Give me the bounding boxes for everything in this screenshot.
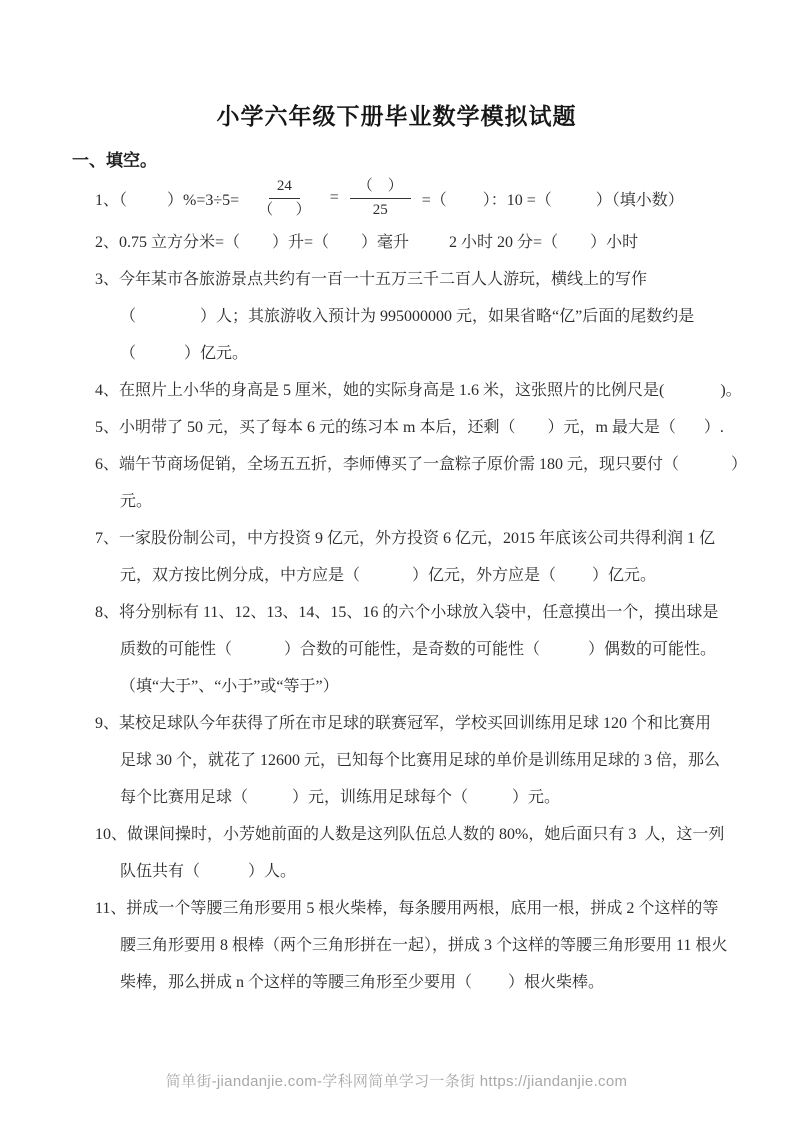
- question-6-line-1: 6、端午节商场促销，全场五五折，李师傅买了一盒粽子原价需 180 元，现只要付（…: [95, 446, 745, 483]
- question-3-line-2: （ ）人；其旅游收入预计为 995000000 元，如果省略“亿”后面的尾数约是: [95, 298, 745, 335]
- question-1-equals-sign: =: [326, 189, 343, 207]
- question-4-line-1: 4、在照片上小华的身高是 5 厘米，她的实际身高是 1.6 米，这张照片的比例尺…: [95, 372, 745, 409]
- page-title: 小学六年级下册毕业数学模拟试题: [0, 98, 793, 131]
- question-5-line-1: 5、小明带了 50 元，买了每本 6 元的练习本 m 本后，还剩（ ）元，m 最…: [95, 409, 745, 446]
- question-1-prefix: 1、（ ）%=3÷5=: [95, 187, 243, 210]
- exam-page: 小学六年级下册毕业数学模拟试题 一、填空。 1、（ ）%=3÷5= 24 （ ）…: [0, 0, 793, 1122]
- question-1-fraction-1-numerator: 24: [269, 176, 300, 198]
- question-2: 2、0.75 立方分米=（ ）升=（ ）毫升 2 小时 20 分=（ ）小时: [95, 224, 745, 261]
- question-8-line-3: （填“大于”、“小于”或“等于”）: [95, 668, 745, 705]
- section-heading-fill-in-blanks: 一、填空。: [72, 146, 157, 171]
- question-11-line-1: 11、拼成一个等腰三角形要用 5 根火柴棒，每条腰用两根，底用一根，拼成 2 个…: [95, 890, 745, 927]
- question-10-line-1: 10、做课间操时，小芳她前面的人数是这列队伍总人数的 80%，她后面只有 3 人…: [95, 816, 745, 853]
- question-8: 8、将分别标有 11、12、13、14、15、16 的六个小球放入袋中，任意摸出…: [95, 594, 745, 705]
- question-9-line-3: 每个比赛用足球（ ）元，训练用足球每个（ ）元。: [95, 779, 745, 816]
- question-10: 10、做课间操时，小芳她前面的人数是这列队伍总人数的 80%，她后面只有 3 人…: [95, 816, 745, 890]
- question-9: 9、某校足球队今年获得了所在市足球的联赛冠军，学校买回训练用足球 120 个和比…: [95, 705, 745, 816]
- question-11-line-2: 腰三角形要用 8 根棒（两个三角形拼在一起），拼成 3 个这样的等腰三角形要用 …: [95, 927, 745, 964]
- question-3: 3、今年某市各旅游景点共约有一百一十五万三千二百人人游玩，横线上的写作 （ ）人…: [95, 261, 745, 372]
- question-11: 11、拼成一个等腰三角形要用 5 根火柴棒，每条腰用两根，底用一根，拼成 2 个…: [95, 890, 745, 1001]
- question-3-line-3: （ ）亿元。: [95, 335, 745, 372]
- question-3-line-1: 3、今年某市各旅游景点共约有一百一十五万三千二百人人游玩，横线上的写作: [95, 261, 745, 298]
- question-1-fraction-2: （ ） 25: [350, 176, 411, 220]
- question-1-suffix: =（ ）：10 =（ ）（填小数）: [418, 187, 684, 210]
- question-10-line-2: 队伍共有（ ）人。: [95, 853, 745, 890]
- question-1-fraction-2-denominator: 25: [365, 199, 396, 220]
- question-4: 4、在照片上小华的身高是 5 厘米，她的实际身高是 1.6 米，这张照片的比例尺…: [95, 372, 745, 409]
- questions-list: 1、（ ）%=3÷5= 24 （ ） = （ ） 25 =（ ）：10 =（ ）…: [95, 172, 745, 1001]
- question-11-line-3: 柴棒，那么拼成 n 个这样的等腰三角形至少要用（ ）根火柴棒。: [95, 964, 745, 1001]
- question-7-line-1: 7、一家股份制公司，中方投资 9 亿元，外方投资 6 亿元，2015 年底该公司…: [95, 520, 745, 557]
- question-5: 5、小明带了 50 元，买了每本 6 元的练习本 m 本后，还剩（ ）元，m 最…: [95, 409, 745, 446]
- question-1-fraction-1-denominator: （ ）: [250, 199, 319, 220]
- question-6-line-2: 元。: [95, 483, 745, 520]
- question-7-line-2: 元，双方按比例分成，中方应是（ ）亿元，外方应是（ ）亿元。: [95, 557, 745, 594]
- question-8-line-2: 质数的可能性（ ）合数的可能性，是奇数的可能性（ ）偶数的可能性。: [95, 631, 745, 668]
- question-1-fraction-1: 24 （ ）: [250, 176, 319, 220]
- question-9-line-1: 9、某校足球队今年获得了所在市足球的联赛冠军，学校买回训练用足球 120 个和比…: [95, 705, 745, 742]
- question-8-line-1: 8、将分别标有 11、12、13、14、15、16 的六个小球放入袋中，任意摸出…: [95, 594, 745, 631]
- question-7: 7、一家股份制公司，中方投资 9 亿元，外方投资 6 亿元，2015 年底该公司…: [95, 520, 745, 594]
- footer-watermark: 简单街-jiandanjie.com-学科网简单学习一条街 https://ji…: [0, 1070, 793, 1091]
- question-1-fraction-2-numerator: （ ）: [350, 176, 411, 198]
- question-6: 6、端午节商场促销，全场五五折，李师傅买了一盒粽子原价需 180 元，现只要付（…: [95, 446, 745, 520]
- question-1: 1、（ ）%=3÷5= 24 （ ） = （ ） 25 =（ ）：10 =（ ）…: [95, 172, 745, 224]
- question-9-line-2: 足球 30 个，就花了 12600 元，已知每个比赛用足球的单价是训练用足球的 …: [95, 742, 745, 779]
- question-2-line-1: 2、0.75 立方分米=（ ）升=（ ）毫升 2 小时 20 分=（ ）小时: [95, 224, 745, 261]
